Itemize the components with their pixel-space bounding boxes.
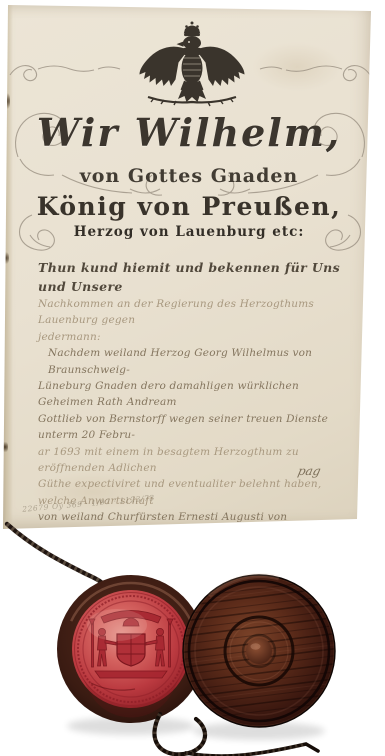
heading-invocation: Wir Wilhelm, [2,110,376,155]
prussian-eagle-icon [134,18,250,110]
manuscript-line: ar 1693 mit einem in besagtem Herzogthum… [38,444,342,477]
manuscript-line: nigs Georgii 1sten von Groß-Britanien un… [38,575,342,608]
wax-seal-icon [43,561,218,736]
lid-shadow [193,722,325,740]
heading-subtitle: Herzog von Lauenburg etc: [2,224,376,240]
manuscript-line: Nachdem weiland Herzog Georg Wilhelmus v… [38,345,342,378]
manuscript-line: 18 September 1710, auf des obgedachten G… [38,608,342,641]
seal-cord-icon [7,524,116,596]
document-page: Wir Wilhelm, von Gottes Gnaden König von… [2,2,376,531]
seal-shadow [67,717,195,735]
manuscript-line: jedermann: [38,329,342,345]
edge-wear-spot [2,440,8,454]
manuscript-line: Gottlieb von Bernstorff wegen seiner tre… [38,411,342,444]
manuscript-line: Nachkommen an der Regierung des Herzogth… [38,296,342,329]
manuscript-line: Lüneburg Gnaden dero damahligen würklich… [38,378,342,411]
paraph-mark: pag [297,464,323,478]
manuscript-line: von weiland Churfürsten Ernesti Augusti … [38,509,342,542]
wood-lid-icon [172,575,346,727]
cord-tail-icon [154,714,318,756]
manuscript-line: burg Gnaden, unterm 12ten Mai 1693 confi… [38,542,342,575]
heading-by-grace: von Gottes Gnaden [2,165,376,187]
heading-royal-title: König von Preußen, [2,192,376,221]
manuscript-line: Thun kund hiemit und bekennen für Uns un… [38,258,342,296]
manuscript-body: Thun kund hiemit und bekennen für Uns un… [38,258,342,673]
manuscript-line: lieb von Bernstorff an weiland Cämmerer … [38,641,342,674]
